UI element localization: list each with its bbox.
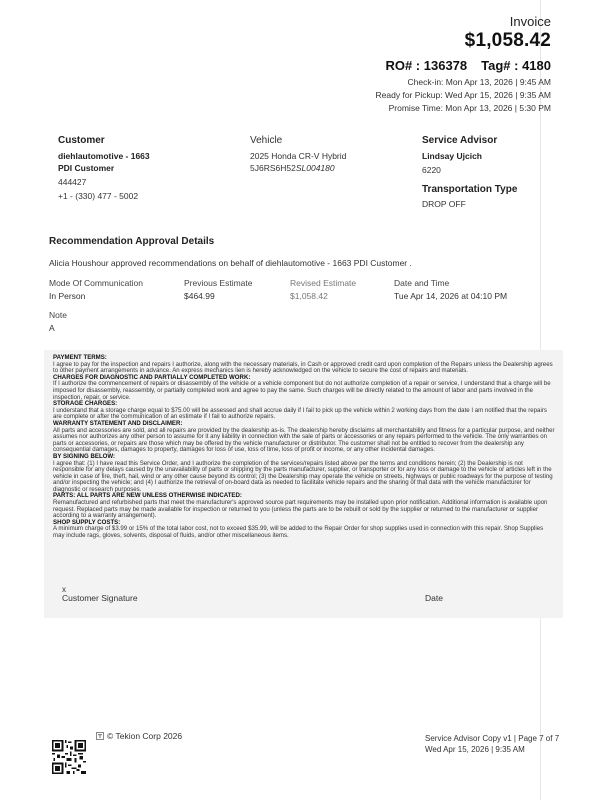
- previous-estimate-label: Previous Estimate: [184, 278, 253, 288]
- service-advisor-name: Lindsay Ujcich: [422, 151, 482, 161]
- terms-heading: PAYMENT TERMS:: [53, 354, 107, 361]
- vehicle-vin: 5J6RS6H52SL004180: [250, 163, 335, 173]
- vehicle-title: Vehicle: [250, 135, 282, 146]
- revised-estimate-label: Revised Estimate: [290, 278, 356, 288]
- mode-of-communication-value: In Person: [49, 291, 85, 301]
- mode-of-communication-label: Mode Of Communication: [49, 278, 143, 288]
- printed-at: Wed Apr 15, 2026 | 9:35 AM: [425, 745, 525, 754]
- vin-prefix: 5J6RS6H52: [250, 163, 296, 173]
- customer-type: PDI Customer: [58, 163, 114, 173]
- date-and-time-value: Tue Apr 14, 2026 at 04:10 PM: [394, 291, 507, 301]
- ro-number: RO# : 136378: [385, 58, 467, 73]
- terms-body: All parts and accessories are sold, and …: [53, 428, 555, 454]
- customer-id: 444427: [58, 177, 86, 187]
- transportation-title: Transportation Type: [422, 184, 517, 195]
- tag-number: Tag# : 4180: [481, 58, 551, 73]
- service-advisor-id: 6220: [422, 165, 441, 175]
- terms-body: A minimum charge of $3.99 or 15% of the …: [53, 526, 555, 539]
- ready-for-pickup-time: Ready for Pickup: Wed Apr 15, 2026 | 9:3…: [376, 90, 551, 100]
- transportation-value: DROP OFF: [422, 199, 466, 209]
- copy-page-info: Service Advisor Copy v1 | Page 7 of 7: [425, 734, 559, 743]
- vehicle-description: 2025 Honda CR-V Hybrid: [250, 151, 346, 161]
- customer-signature-label: Customer Signature: [62, 593, 138, 603]
- signature-date-label: Date: [425, 593, 443, 603]
- terms-heading: BY SIGNING BELOW:: [53, 453, 115, 460]
- vin-suffix: SL004180: [296, 163, 335, 173]
- invoice-total: $1,058.42: [465, 30, 551, 52]
- copyright-line: © Tekion Corp 2026: [96, 731, 182, 741]
- terms-heading: WARRANTY STATEMENT AND DISCLAIMER:: [53, 420, 182, 427]
- tekion-logo-icon: [96, 732, 104, 740]
- date-and-time-label: Date and Time: [394, 278, 449, 288]
- previous-estimate-value: $464.99: [184, 291, 215, 301]
- terms-and-conditions: PAYMENT TERMS: I agree to pay for the in…: [44, 350, 563, 618]
- recommendation-title: Recommendation Approval Details: [49, 236, 214, 247]
- check-in-time: Check-in: Mon Apr 13, 2026 | 9:45 AM: [408, 77, 551, 87]
- note-label: Note: [49, 310, 67, 320]
- note-value: A: [49, 323, 55, 333]
- qr-code-icon: [52, 740, 86, 774]
- ro-tag-line: RO# : 136378Tag# : 4180: [385, 58, 551, 73]
- invoice-label: Invoice: [510, 14, 551, 29]
- recommendation-description: Alicia Houshour approved recommendations…: [49, 258, 412, 268]
- terms-body: If I authorize the commencement of repai…: [53, 381, 555, 401]
- terms-body: Remanufactured and refurbished parts tha…: [53, 500, 555, 520]
- revised-estimate-value: $1,058.42: [290, 291, 328, 301]
- copyright-text: © Tekion Corp 2026: [107, 731, 182, 741]
- terms-body: I agree that: (1) I have read this Servi…: [53, 461, 555, 494]
- customer-name: diehlautomotive - 1663: [58, 151, 150, 161]
- customer-phone: +1 - (330) 477 - 5002: [58, 191, 138, 201]
- promise-time: Promise Time: Mon Apr 13, 2026 | 5:30 PM: [389, 103, 551, 113]
- customer-title: Customer: [58, 135, 105, 146]
- service-advisor-title: Service Advisor: [422, 135, 497, 146]
